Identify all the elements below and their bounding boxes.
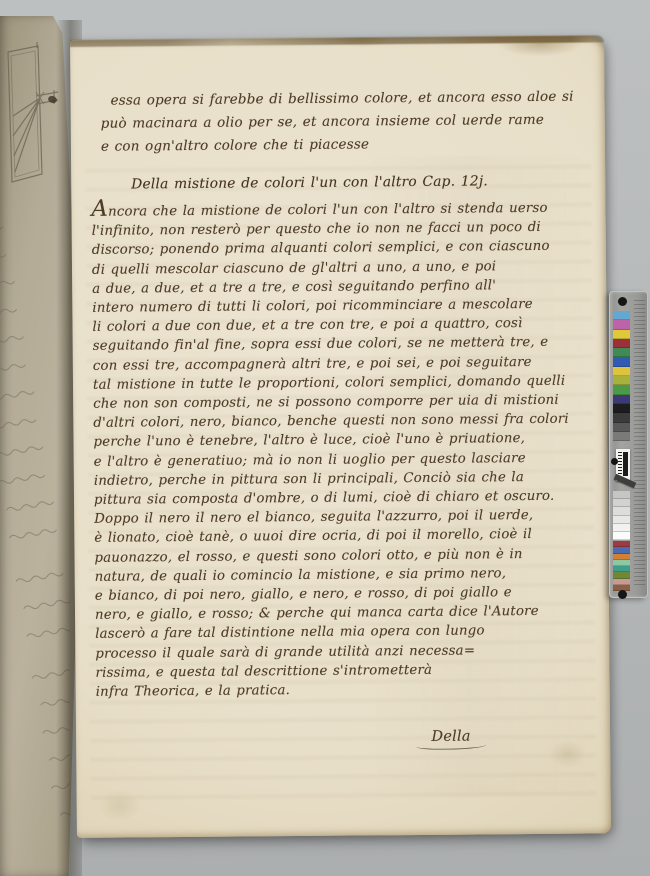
color-calibration-strip: [609, 291, 648, 598]
registration-dot-icon: [611, 458, 618, 465]
color-patch: [613, 491, 630, 499]
color-patch: [613, 516, 630, 524]
body-paragraph: Ancora che la mistione de colori l'un co…: [91, 199, 571, 702]
text-line: infra Theorica, e la pratica.: [96, 679, 572, 702]
color-patch: [613, 357, 630, 366]
color-patch: [613, 524, 630, 532]
color-patch: [613, 432, 630, 441]
registration-dot-icon: [618, 590, 627, 599]
page-top-edge: [70, 35, 604, 47]
color-patch: [613, 367, 630, 376]
color-patch: [613, 532, 630, 540]
catchword: Della: [396, 728, 506, 750]
text-line: e con ogn'altro colore che ti piacesse: [101, 132, 574, 159]
color-patch: [613, 339, 630, 348]
intro-paragraph: essa opera si farebbe di bellissimo colo…: [100, 86, 574, 159]
chapter-heading: Della mistione de colori l'un con l'altr…: [131, 173, 481, 192]
color-patch: [613, 395, 630, 404]
color-patch: [613, 376, 630, 385]
text-line: può macinara a olio per se, et ancora in…: [101, 109, 574, 136]
color-patch: [613, 423, 630, 432]
color-patches-bottom: [613, 541, 630, 591]
color-patch: [613, 348, 630, 357]
color-patch: [613, 413, 630, 422]
grayscale-patches: [613, 491, 630, 540]
color-patch: [613, 311, 630, 320]
target-ticks: [618, 452, 622, 476]
color-patches-top: [613, 311, 630, 441]
color-patch: [613, 320, 630, 329]
color-patch: [613, 385, 630, 394]
color-patch: [613, 404, 630, 413]
color-patch: [613, 499, 630, 507]
strip-fine-print: [634, 300, 645, 588]
color-patch: [613, 330, 630, 339]
registration-dot-icon: [618, 297, 627, 306]
color-patch: [613, 507, 630, 515]
photo-background: essa opera si farebbe di bellissimo colo…: [0, 0, 650, 876]
target-bar: [623, 452, 628, 476]
manuscript-page: essa opera si farebbe di bellissimo colo…: [70, 35, 611, 838]
